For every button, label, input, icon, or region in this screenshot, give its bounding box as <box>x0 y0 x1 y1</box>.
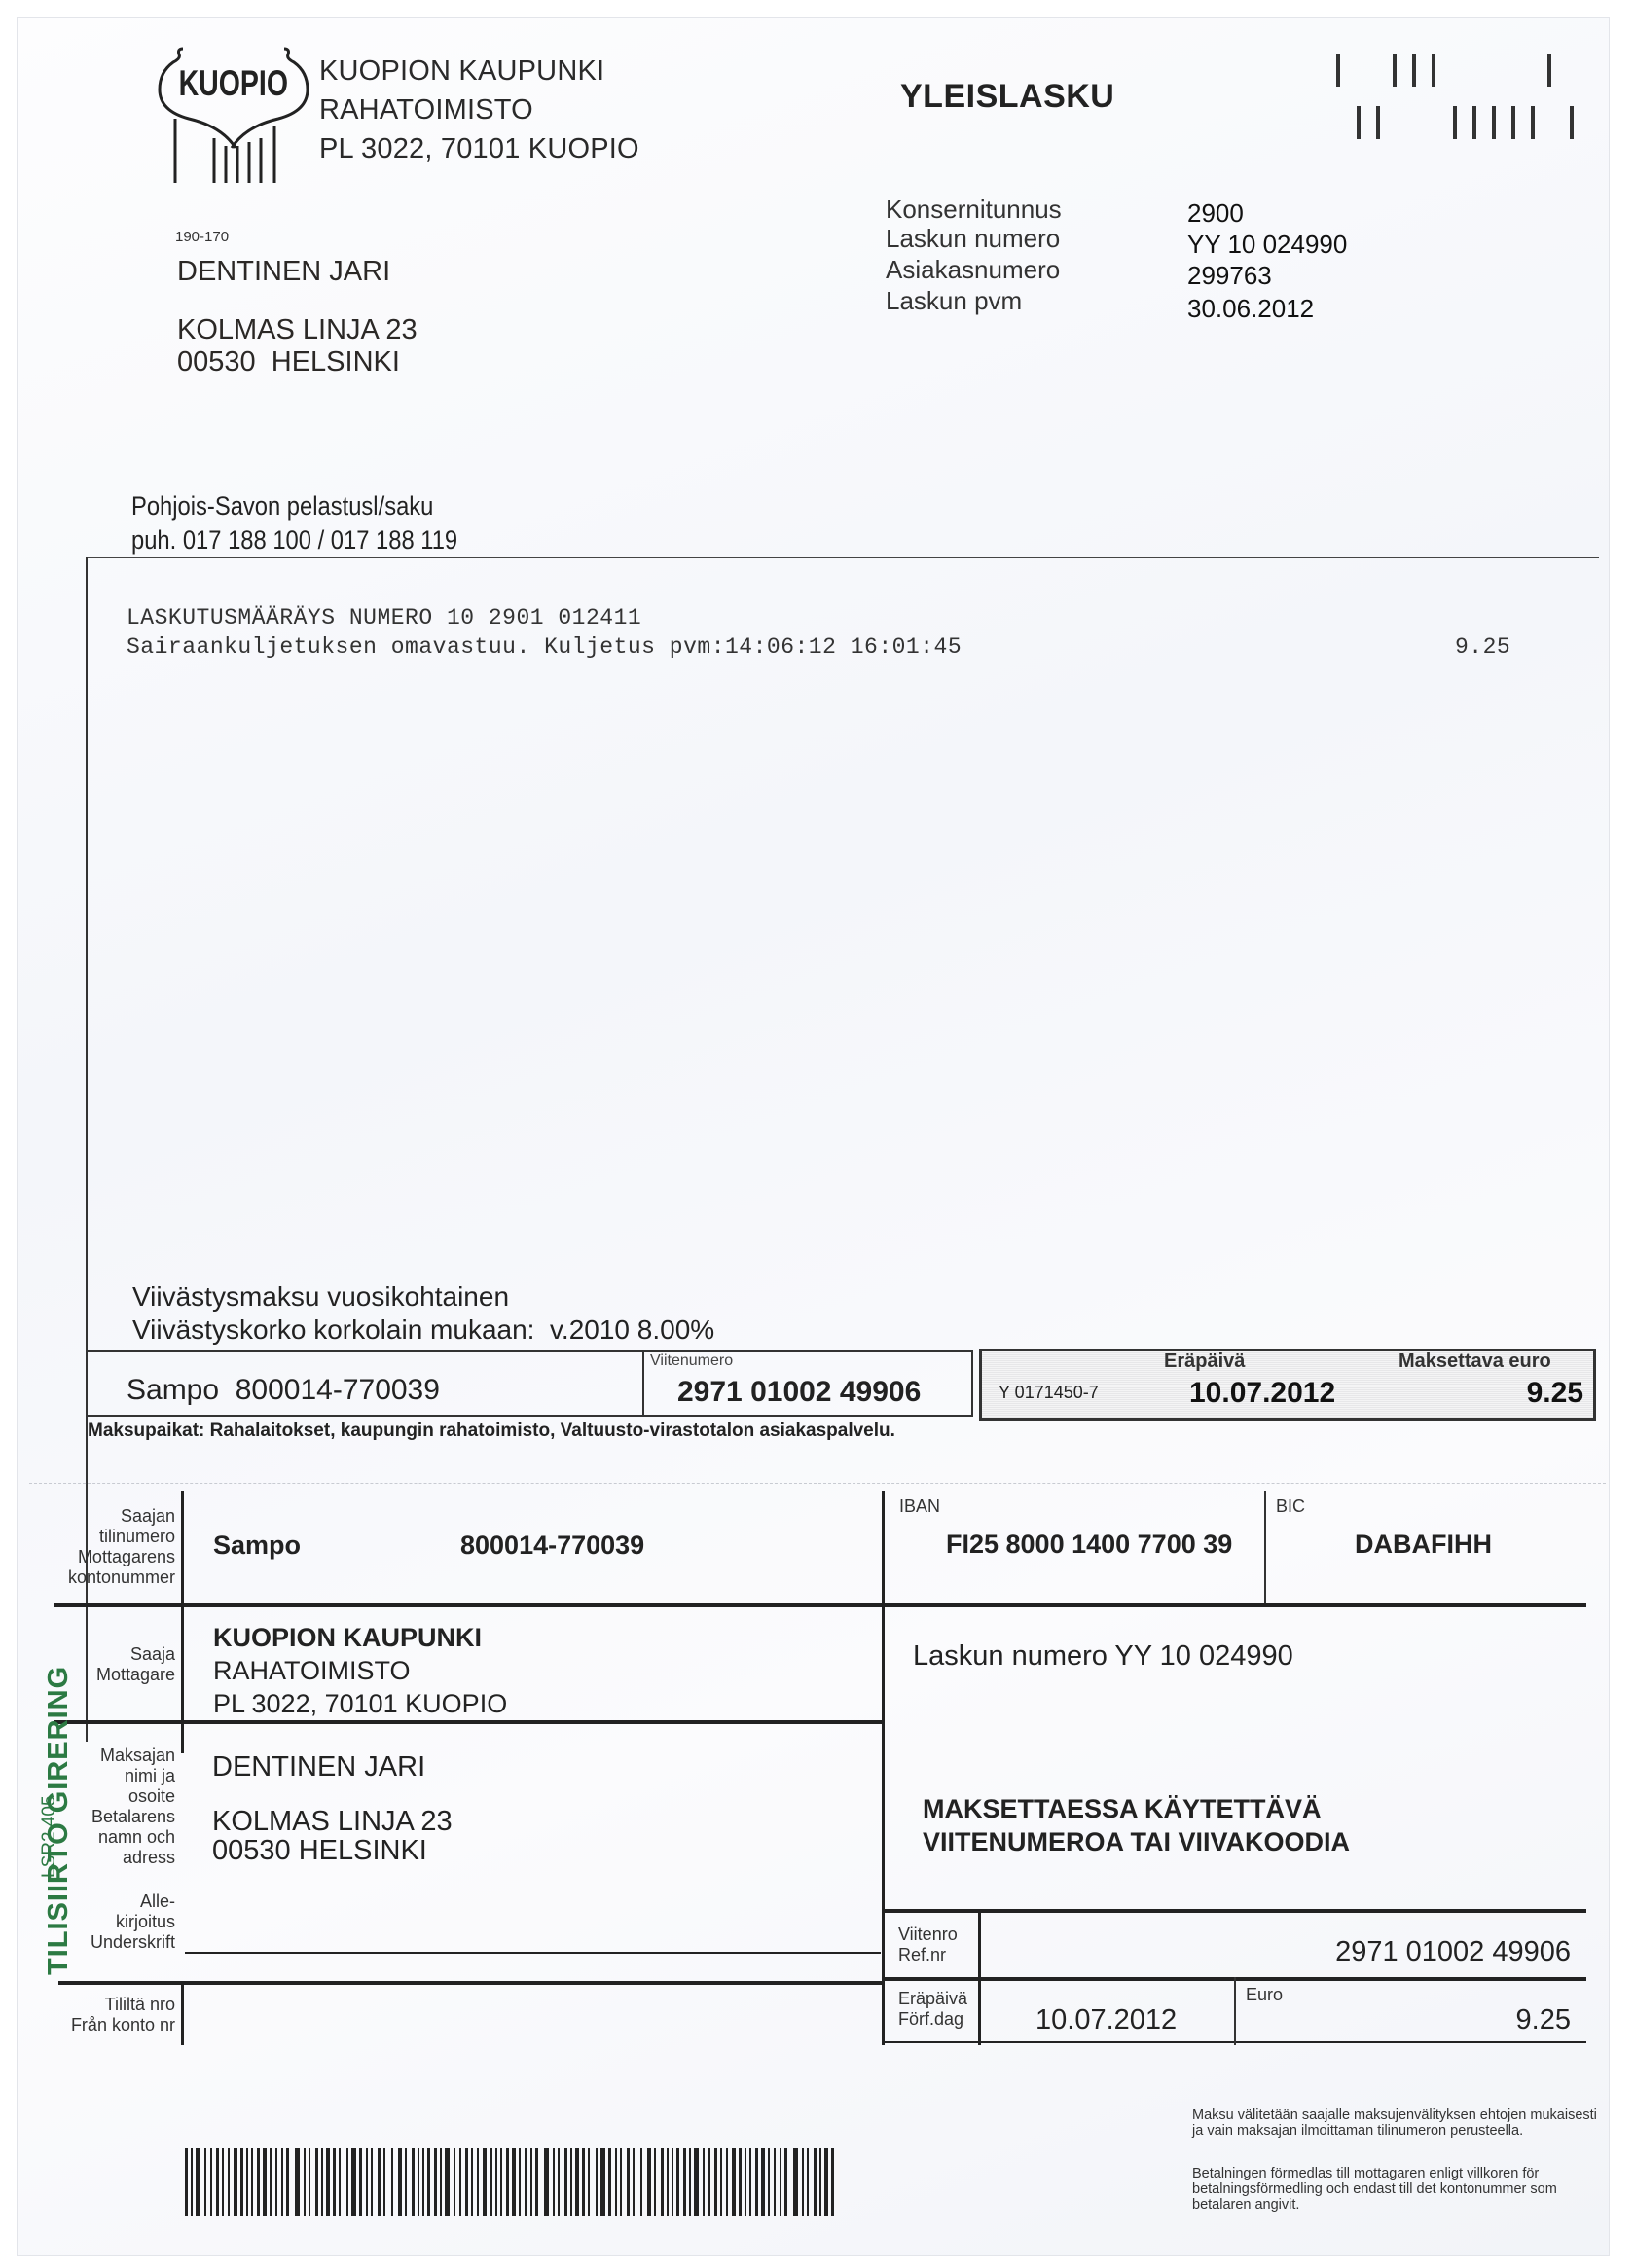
recipient-code: 190-170 <box>175 229 229 245</box>
recipient-street: KOLMAS LINJA 23 <box>177 314 418 346</box>
label-line: Eräpäivä <box>898 1989 967 2009</box>
label-line: Saajan <box>39 1506 175 1527</box>
bic-label: BIC <box>1276 1496 1305 1517</box>
slip-recipient-name: KUOPION KAUPUNKI <box>213 1623 482 1653</box>
slip-recipient-address: PL 3022, 70101 KUOPIO <box>213 1689 507 1719</box>
amount-cell: Maksettava euro 9.25 <box>1389 1349 1596 1421</box>
due-date: 10.07.2012 <box>1189 1377 1335 1410</box>
meta-value: 30.06.2012 <box>1187 294 1314 324</box>
label-line: Tililtä nro <box>39 1995 175 2015</box>
issuer-address: PL 3022, 70101 KUOPIO <box>319 133 639 165</box>
logo-text: KUOPIO <box>179 63 288 104</box>
order-line: LASKUTUSMÄÄRÄYS NUMERO 10 2901 012411 <box>127 605 641 630</box>
issuer-name: KUOPION KAUPUNKI <box>319 55 604 88</box>
contact-unit: Pohjois-Savon pelastusl/saku <box>131 491 433 522</box>
fold-line <box>29 1134 1616 1134</box>
payment-places: Maksupaikat: Rahalaitokset, kaupungin ra… <box>88 1421 895 1442</box>
meta-value: YY 10 024990 <box>1187 230 1347 260</box>
label-line: Från konto nr <box>39 2015 175 2035</box>
slip-recipient-dept: RAHATOIMISTO <box>213 1656 411 1686</box>
bank-account: Sampo 800014-770039 <box>127 1374 440 1407</box>
due-date-cell: Eräpäivä 10.07.2012 <box>1150 1349 1392 1421</box>
signature-line[interactable] <box>185 1952 881 1954</box>
contact-phone: puh. 017 188 100 / 017 188 119 <box>131 525 457 556</box>
ref-label: Viitenro Ref.nr <box>898 1925 958 1965</box>
slip-amount: 9.25 <box>1516 2004 1571 2036</box>
slip-payer-city: 00530 HELSINKI <box>212 1835 427 1867</box>
divider <box>1234 1977 1236 2045</box>
from-account-field[interactable] <box>187 1987 878 2041</box>
divider <box>54 1603 1586 1607</box>
bank-account-cell: Sampo 800014-770039 <box>86 1350 644 1417</box>
reference-label: Viitenumero <box>650 1352 733 1370</box>
recipient-city: 00530 HELSINKI <box>177 346 400 378</box>
label-line: Mottagarens <box>39 1547 175 1567</box>
due-date-label: Eräpäivä <box>1164 1350 1245 1373</box>
late-fee-line: Viivästysmaksu vuosikohtainen <box>132 1281 509 1313</box>
slip-iban: FI25 8000 1400 7700 39 <box>946 1530 1232 1560</box>
amount-label: Maksettava euro <box>1399 1350 1551 1373</box>
meta-label: Laskun pvm <box>886 286 1022 316</box>
divider <box>181 1983 184 2045</box>
form-code-text: LSR2 405 <box>39 1795 59 1878</box>
meta-label: Konsernitunnus <box>886 195 1062 225</box>
slip-payer-name: DENTINEN JARI <box>212 1751 425 1783</box>
divider <box>978 1909 981 2045</box>
late-interest-line: Viivästyskorko korkolain mukaan: v.2010 … <box>132 1314 714 1346</box>
meta-value: 299763 <box>1187 261 1272 291</box>
label-line: Saaja <box>39 1644 175 1665</box>
euro-label: Euro <box>1246 1985 1283 2005</box>
business-id-cell: Y 0171450-7 <box>979 1349 1156 1421</box>
slip-bic: DABAFIHH <box>1355 1530 1492 1560</box>
slip-invoice-number: Laskun numero YY 10 024990 <box>913 1640 1293 1673</box>
label-line: Förf.dag <box>898 2009 967 2030</box>
perforation-line <box>29 1483 1606 1484</box>
meta-value: 2900 <box>1187 198 1244 229</box>
notice-line: MAKSETTAESSA KÄYTETTÄVÄ <box>923 1792 1350 1825</box>
label-line: tilinumero <box>39 1527 175 1547</box>
fine-print-fi: Maksu välitetään saajalle maksujenvälity… <box>1192 2107 1601 2139</box>
issuer-department: RAHATOIMISTO <box>319 94 533 126</box>
divider <box>1264 1491 1266 1605</box>
payment-notice: MAKSETTAESSA KÄYTETTÄVÄ VIITENUMEROA TAI… <box>923 1792 1350 1858</box>
meta-label: Asiakasnumero <box>886 255 1060 285</box>
label-line: Ref.nr <box>898 1945 958 1965</box>
recipient-account-label: Saajan tilinumero Mottagarens kontonumme… <box>39 1506 175 1588</box>
barcode-marks-icon <box>1333 44 1606 131</box>
divider <box>54 1720 883 1724</box>
divider <box>882 1491 885 2045</box>
slip-account: 800014-770039 <box>460 1530 644 1561</box>
divider <box>882 1909 1586 1913</box>
fine-print-sv: Betalningen förmedlas till mottagaren en… <box>1192 2166 1601 2213</box>
divider <box>181 1491 184 1753</box>
slip-reference: 2971 01002 49906 <box>1335 1936 1571 1968</box>
divider <box>86 557 1599 558</box>
business-id: Y 0171450-7 <box>999 1383 1099 1403</box>
notice-line: VIITENUMEROA TAI VIIVAKOODIA <box>923 1825 1350 1858</box>
kuopio-crest-icon: KUOPIO <box>156 37 316 193</box>
item-amount: 9.25 <box>1455 634 1510 660</box>
reference-number: 2971 01002 49906 <box>677 1376 921 1409</box>
item-description: Sairaankuljetuksen omavastuu. Kuljetus p… <box>127 634 962 660</box>
slip-bank: Sampo <box>213 1530 301 1561</box>
slip-payer-street: KOLMAS LINJA 23 <box>212 1806 453 1838</box>
from-account-label: Tililtä nro Från konto nr <box>39 1995 175 2035</box>
document-title: YLEISLASKU <box>900 78 1114 116</box>
meta-label: Laskun numero <box>886 224 1060 254</box>
slip-due-date: 10.07.2012 <box>1035 2004 1177 2036</box>
recipient-name: DENTINEN JARI <box>177 256 390 288</box>
barcode-icon <box>185 2148 837 2216</box>
form-code: LSR2 405 <box>39 1795 60 1878</box>
label-line: kontonummer <box>39 1567 175 1588</box>
due-label: Eräpäivä Förf.dag <box>898 1989 967 2030</box>
label-line: Viitenro <box>898 1925 958 1945</box>
amount-due: 9.25 <box>1527 1377 1583 1410</box>
iban-label: IBAN <box>899 1496 940 1517</box>
reference-cell: Viitenumero 2971 01002 49906 <box>640 1350 973 1417</box>
